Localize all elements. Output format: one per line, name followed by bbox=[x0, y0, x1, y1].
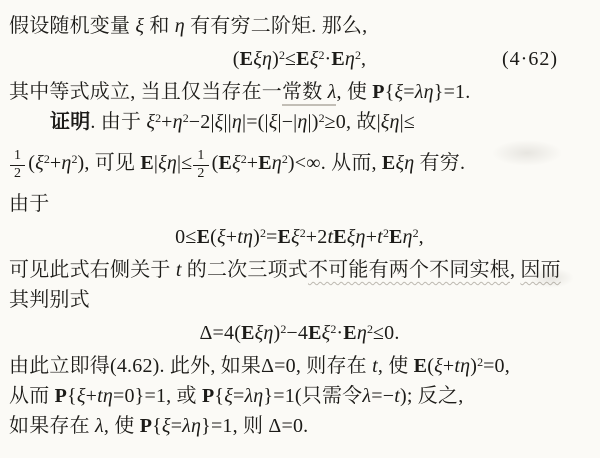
text-segment: = bbox=[403, 81, 414, 103]
text-segment: ξη bbox=[158, 152, 177, 174]
text-segment: λη bbox=[182, 415, 201, 437]
text-segment: E bbox=[258, 152, 272, 174]
text-segment: P bbox=[372, 81, 384, 103]
fraction: 12 bbox=[10, 149, 25, 181]
text-segment: E bbox=[296, 48, 310, 70]
text-segment: 常数 bbox=[282, 81, 328, 106]
text-segment: }=1, 则 Δ=0. bbox=[201, 415, 308, 437]
fraction-numerator: 1 bbox=[10, 149, 25, 166]
text-segment: ξ bbox=[217, 226, 226, 248]
text-segment: E bbox=[382, 152, 396, 174]
text-segment: |) bbox=[308, 111, 319, 133]
fraction-numerator: 1 bbox=[193, 149, 208, 166]
text-segment: 可见此式右侧关于 bbox=[9, 259, 176, 281]
text-segment: { bbox=[67, 385, 77, 407]
text-segment: η bbox=[357, 322, 367, 344]
text-segment: 的二次三项式 bbox=[182, 259, 308, 281]
text-segment: =0, bbox=[483, 355, 510, 377]
text-segment: + bbox=[443, 355, 454, 377]
text-segment: ξη bbox=[253, 48, 272, 70]
text-segment: ξ bbox=[224, 385, 233, 407]
text-segment: + bbox=[226, 226, 237, 248]
text-segment: |≤ bbox=[177, 152, 192, 174]
text-segment: η bbox=[345, 48, 355, 70]
text-segment: −4 bbox=[286, 322, 308, 344]
text-segment: 证明 bbox=[50, 111, 90, 133]
text-segment: η bbox=[297, 111, 307, 133]
text-segment: ξ bbox=[291, 226, 300, 248]
conclusion-line-2: 从而 P{ξ+tη=0}=1, 或 P{ξ=λη}=1(只需令λ=−t); 反之… bbox=[9, 381, 590, 411]
text-segment: . 由于 bbox=[90, 111, 146, 133]
text-segment: E bbox=[218, 152, 232, 174]
text-segment: { bbox=[214, 385, 224, 407]
text-segment: ) bbox=[272, 48, 279, 70]
proof-first-line: 证明. 由于 ξ2+η2−2|ξ||η|=(|ξ|−|η|)2≥0, 故|ξη|… bbox=[9, 107, 590, 137]
text-segment: ξ bbox=[77, 385, 86, 407]
text-segment: = bbox=[233, 385, 244, 407]
conclusion-line-3: 如果存在 λ, 使 P{ξ=λη}=1, 则 Δ=0. bbox=[9, 411, 590, 441]
text-segment: ) bbox=[253, 226, 260, 248]
text-segment: tη bbox=[237, 226, 253, 248]
text-segment: E bbox=[333, 226, 347, 248]
text-segment: ); 反之, bbox=[400, 385, 463, 407]
text-segment: P bbox=[202, 385, 214, 407]
text-segment: + bbox=[247, 152, 258, 174]
discriminant-label-line: 其判别式 bbox=[9, 285, 590, 315]
text-segment: 由此立即得(4.62). 此外, 如果Δ=0, 则存在 bbox=[9, 355, 372, 377]
text-segment: λη bbox=[415, 81, 434, 103]
text-segment: ξ bbox=[135, 15, 144, 37]
text-segment: P bbox=[55, 385, 67, 407]
text-segment: = bbox=[171, 415, 182, 437]
text-segment: , bbox=[510, 259, 520, 281]
fraction-denominator: 2 bbox=[10, 166, 25, 182]
text-segment: , bbox=[419, 226, 424, 248]
text-segment: ≥0, 故| bbox=[325, 111, 381, 133]
text-segment: ξ bbox=[395, 81, 404, 103]
text-segment: ( bbox=[210, 226, 217, 248]
text-segment: E bbox=[197, 226, 211, 248]
expansion-equation: 0≤E(ξ+tη)2=Eξ2+2tEξη+t2Eη2, bbox=[9, 222, 590, 252]
proof-second-line: 12(ξ2+η2), 可见 E|ξη|≤12(Eξ2+Eη2)<∞. 从而, E… bbox=[9, 137, 590, 189]
text-segment: =− bbox=[371, 385, 394, 407]
text-segment: E bbox=[389, 226, 403, 248]
text-segment: |=(| bbox=[242, 111, 269, 133]
text-segment: ξη bbox=[381, 111, 400, 133]
text-segment: E bbox=[140, 152, 154, 174]
equality-condition-line: 其中等式成立, 当且仅当存在一常数 λ, 使 P{ξ=λη}=1. bbox=[9, 77, 590, 107]
text-segment: =0}=1, 或 bbox=[113, 385, 202, 407]
text-segment: −2| bbox=[189, 111, 215, 133]
text-segment: ξ bbox=[232, 152, 241, 174]
textbook-page: 假设随机变量 ξ 和 η 有有穷二阶矩. 那么,(Eξη)2≤Eξ2·Eη2,(… bbox=[0, 0, 600, 458]
quadratic-remark-line: 可见此式右侧关于 t 的二次三项式不可能有两个不同实根, 因而 bbox=[9, 255, 590, 285]
text-segment: ξ bbox=[434, 355, 443, 377]
text-segment: 从而 bbox=[9, 385, 55, 407]
text-segment: ξ bbox=[162, 415, 171, 437]
text-segment: 其中等式成立, 当且仅当存在一 bbox=[9, 81, 282, 103]
text-segment: tη bbox=[97, 385, 113, 407]
fraction: 12 bbox=[193, 149, 208, 181]
text-segment: ( bbox=[233, 48, 240, 70]
text-segment: 和 bbox=[144, 15, 175, 37]
text-segment: η bbox=[175, 15, 185, 37]
text-segment: λη bbox=[244, 385, 263, 407]
intro-line: 假设随机变量 ξ 和 η 有有穷二阶矩. 那么, bbox=[9, 11, 590, 41]
text-segment: }=1. bbox=[434, 81, 471, 103]
text-segment: , bbox=[361, 48, 366, 70]
text-segment: E bbox=[331, 48, 345, 70]
text-segment: { bbox=[385, 81, 395, 103]
text-segment: ξη bbox=[395, 152, 414, 174]
text-segment: ≤0. bbox=[373, 322, 400, 344]
text-segment: ξ bbox=[269, 111, 278, 133]
text-segment: η bbox=[402, 226, 412, 248]
text-segment: E bbox=[343, 322, 357, 344]
text-segment: , 使 bbox=[378, 355, 414, 377]
text-segment: E bbox=[414, 355, 428, 377]
text-segment: P bbox=[140, 415, 152, 437]
text-segment: η bbox=[272, 152, 282, 174]
text-segment: η bbox=[173, 111, 183, 133]
equation-number: (4·62) bbox=[502, 44, 558, 74]
text-segment: 有穷. bbox=[414, 152, 465, 174]
text-segment: Δ=4( bbox=[199, 322, 241, 344]
text-segment: , 使 bbox=[104, 415, 140, 437]
text-segment: E bbox=[277, 226, 291, 248]
text-segment: ≤ bbox=[285, 48, 296, 70]
text-segment: 不可能有两个不同实根 bbox=[308, 259, 510, 281]
text-segment: 假设随机变量 bbox=[9, 15, 135, 37]
text-segment: |≤ bbox=[400, 111, 415, 133]
text-block: 假设随机变量 ξ 和 η 有有穷二阶矩. 那么,(Eξη)2≤Eξ2·Eη2,(… bbox=[9, 11, 590, 441]
text-segment: + bbox=[366, 226, 377, 248]
equation-4-62: (Eξη)2≤Eξ2·Eη2,(4·62) bbox=[9, 44, 590, 74]
text-segment: |−| bbox=[278, 111, 298, 133]
text-segment: λ bbox=[95, 415, 104, 437]
text-segment: { bbox=[152, 415, 162, 437]
text-segment: λ bbox=[362, 385, 371, 407]
text-segment: , 使 bbox=[336, 81, 372, 103]
text-segment: || bbox=[223, 111, 231, 133]
fraction-denominator: 2 bbox=[193, 166, 208, 182]
text-segment: )<∞. 从而, bbox=[288, 152, 382, 174]
text-segment: η bbox=[61, 152, 71, 174]
text-segment: 如果存在 bbox=[9, 415, 95, 437]
text-segment: }=1(只需令 bbox=[263, 385, 362, 407]
text-segment: + bbox=[161, 111, 172, 133]
text-segment: E bbox=[241, 322, 255, 344]
text-segment: ξ bbox=[146, 111, 155, 133]
text-segment: ξ bbox=[35, 152, 44, 174]
since-line: 由于 bbox=[9, 189, 590, 219]
text-segment: +2 bbox=[306, 226, 328, 248]
text-segment: 0≤ bbox=[175, 226, 196, 248]
text-segment: E bbox=[308, 322, 322, 344]
text-segment: ξη bbox=[347, 226, 366, 248]
text-segment: 由于 bbox=[9, 193, 49, 215]
discriminant-equation: Δ=4(Eξη)2−4Eξ2·Eη2≤0. bbox=[9, 318, 590, 348]
text-segment: 因而 bbox=[520, 259, 560, 281]
text-segment: 有有穷二阶矩. 那么, bbox=[185, 15, 367, 37]
text-segment: 其判别式 bbox=[9, 289, 90, 311]
text-segment: + bbox=[50, 152, 61, 174]
text-segment: = bbox=[266, 226, 277, 248]
text-segment: ξη bbox=[255, 322, 274, 344]
text-segment: tη bbox=[454, 355, 470, 377]
conclusion-line-1: 由此立即得(4.62). 此外, 如果Δ=0, 则存在 t, 使 E(ξ+tη)… bbox=[9, 351, 590, 381]
text-segment: E bbox=[240, 48, 254, 70]
text-segment: η bbox=[232, 111, 242, 133]
text-segment: + bbox=[86, 385, 97, 407]
text-segment: ), 可见 bbox=[77, 152, 140, 174]
